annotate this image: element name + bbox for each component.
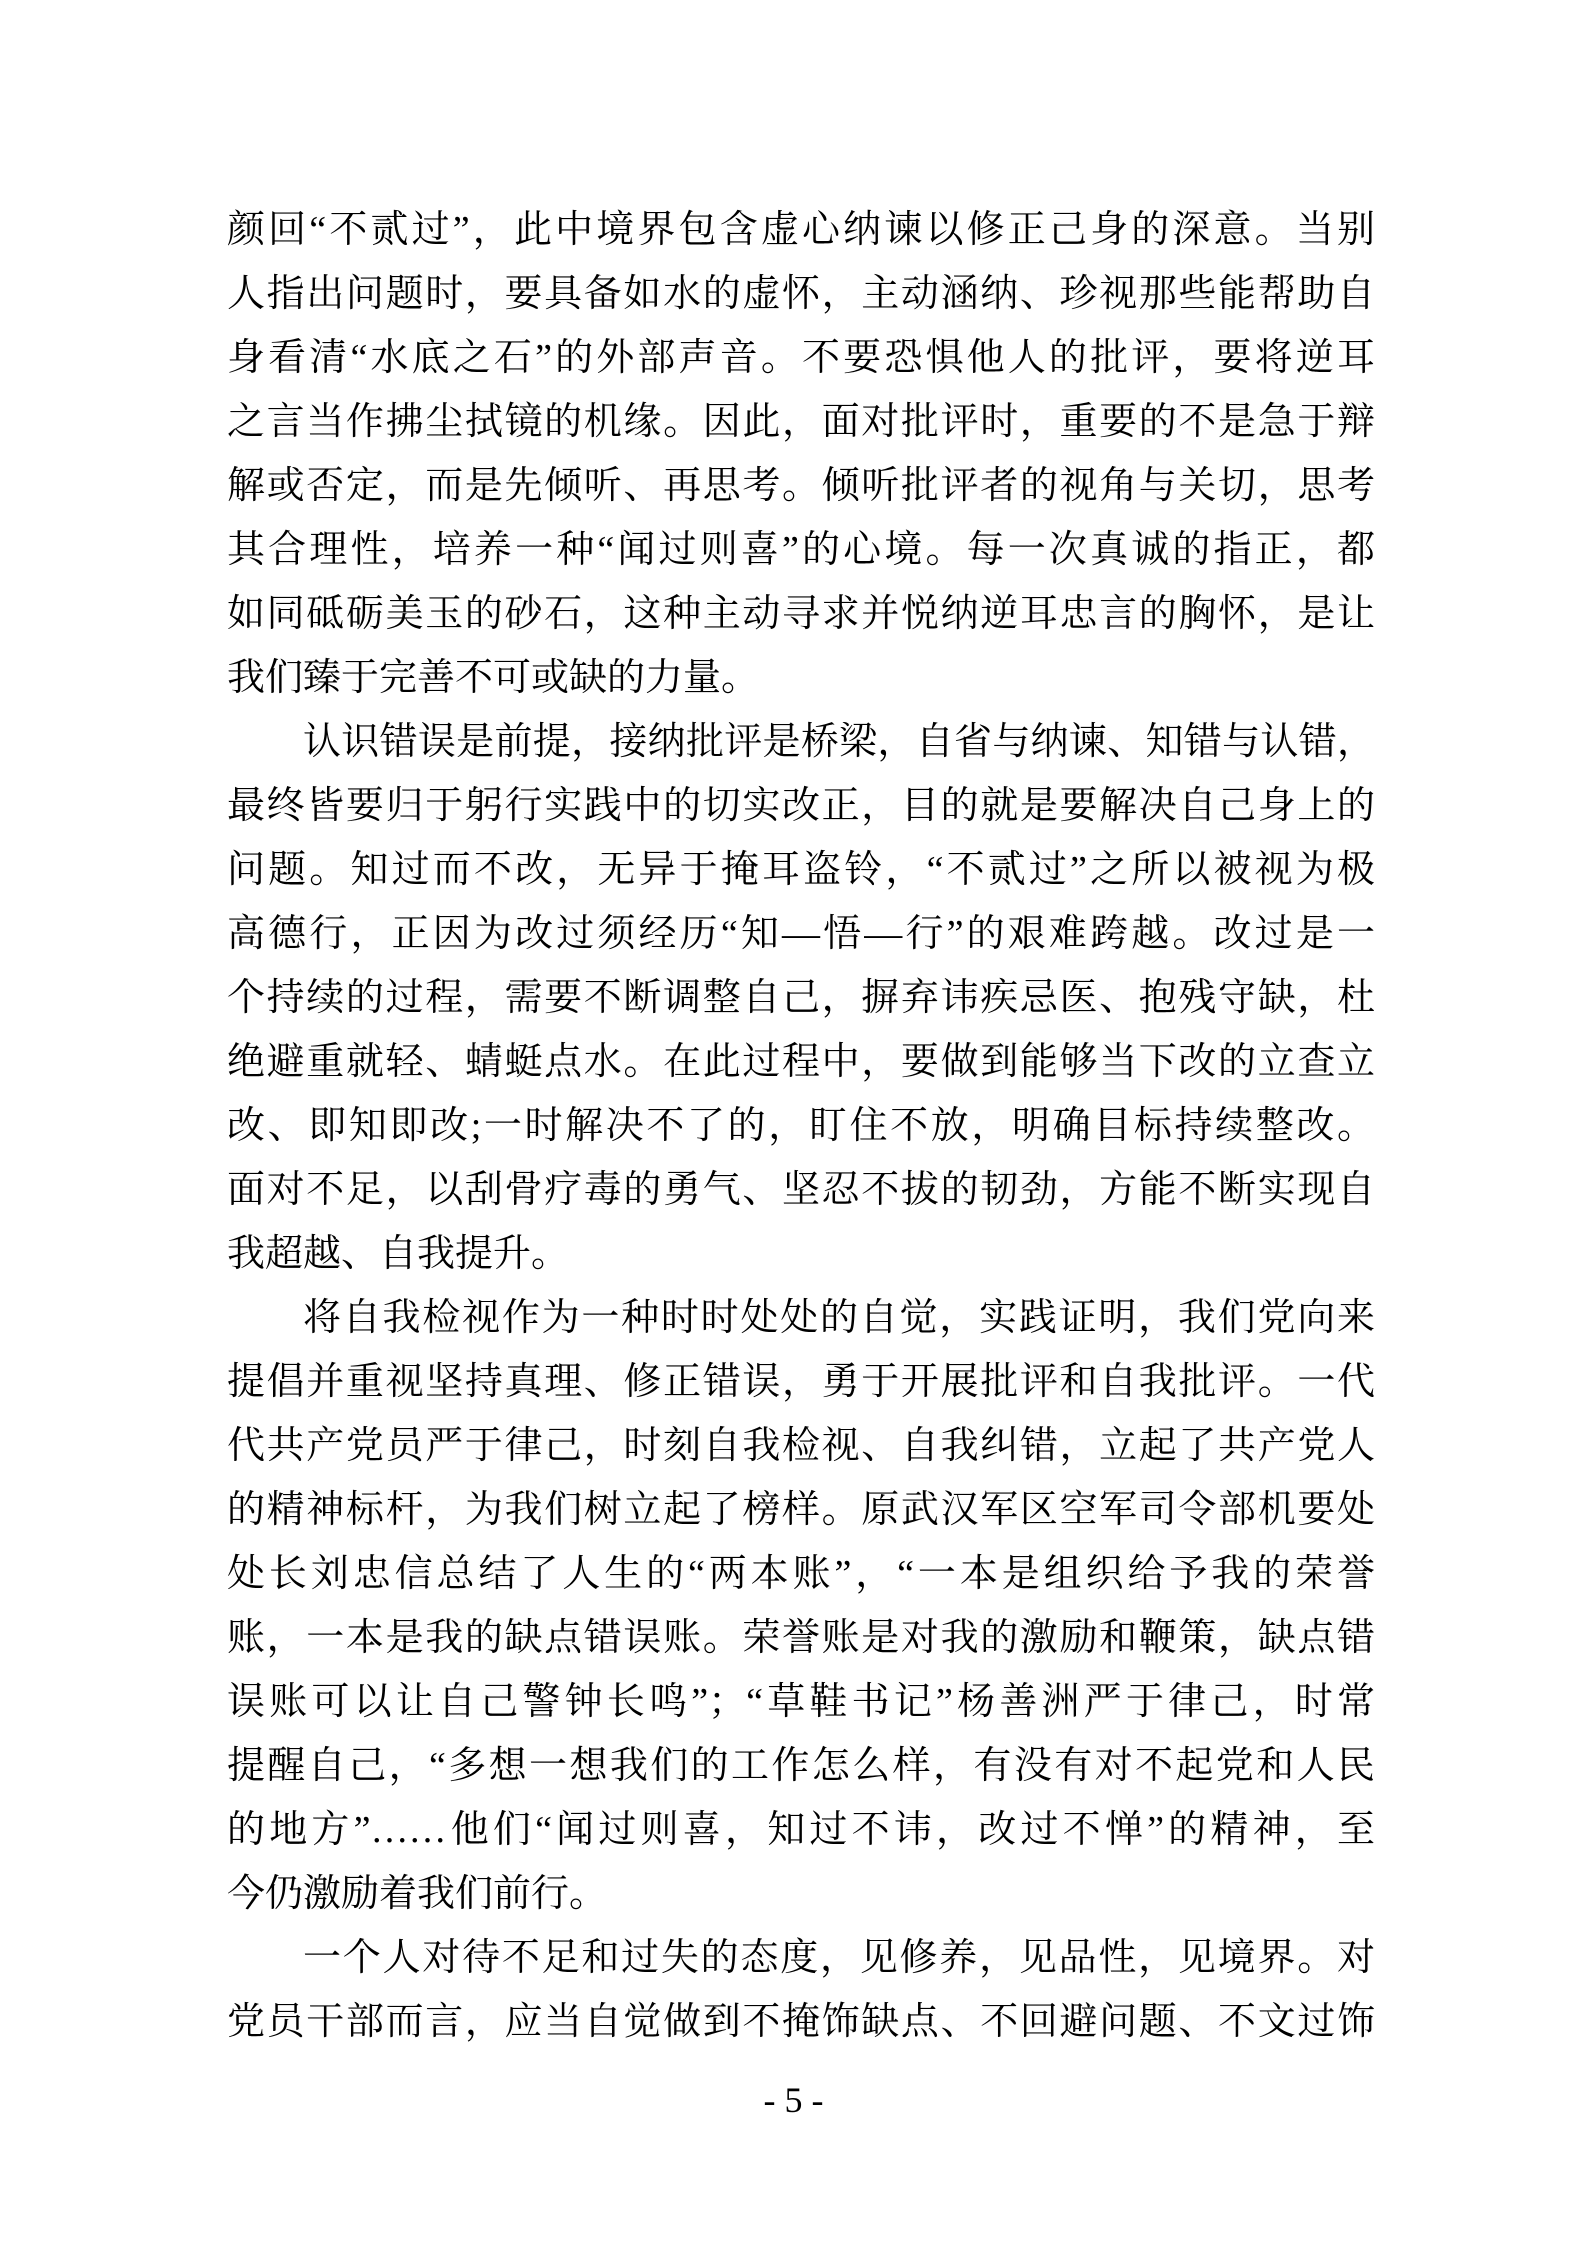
- text-line: 身看清“水底之石”的外部声音。不要恐惧他人的批评，要将逆耳: [227, 326, 1375, 390]
- text-line: 高德行，正因为改过须经历“知—悟—行”的艰难跨越。改过是一: [227, 902, 1375, 966]
- text-line: 一个人对待不足和过失的态度，见修养，见品性，见境界。对: [227, 1926, 1375, 1990]
- text-line: 代共产党员严于律己，时刻自我检视、自我纠错，立起了共产党人: [227, 1414, 1375, 1478]
- text-line: 颜回“不贰过”，此中境界包含虚心纳谏以修正己身的深意。当别: [227, 198, 1375, 262]
- text-line: 人指出问题时，要具备如水的虚怀，主动涵纳、珍视那些能帮助自: [227, 262, 1375, 326]
- page-footer: - 5 -: [0, 2078, 1587, 2122]
- text-line: 提醒自己，“多想一想我们的工作怎么样，有没有对不起党和人民: [227, 1734, 1375, 1798]
- text-line: 的精神标杆，为我们树立起了榜样。原武汉军区空军司令部机要处: [227, 1478, 1375, 1542]
- text-line: 误账可以让自己警钟长鸣”；“草鞋书记”杨善洲严于律己，时常: [227, 1670, 1375, 1734]
- text-line: 我们臻于完善不可或缺的力量。: [227, 646, 1375, 710]
- text-line: 认识错误是前提，接纳批评是桥梁，自省与纳谏、知错与认错，: [227, 710, 1375, 774]
- text-line: 如同砥砺美玉的砂石，这种主动寻求并悦纳逆耳忠言的胸怀，是让: [227, 582, 1375, 646]
- text-line: 提倡并重视坚持真理、修正错误，勇于开展批评和自我批评。一代: [227, 1350, 1375, 1414]
- text-line: 绝避重就轻、蜻蜓点水。在此过程中，要做到能够当下改的立查立: [227, 1030, 1375, 1094]
- text-line: 个持续的过程，需要不断调整自己，摒弃讳疾忌医、抱残守缺，杜: [227, 966, 1375, 1030]
- text-line: 之言当作拂尘拭镜的机缘。因此，面对批评时，重要的不是急于辩: [227, 390, 1375, 454]
- text-line: 党员干部而言，应当自觉做到不掩饰缺点、不回避问题、不文过饰: [227, 1990, 1375, 2054]
- text-line: 将自我检视作为一种时时处处的自觉，实践证明，我们党向来: [227, 1286, 1375, 1350]
- text-line: 面对不足，以刮骨疗毒的勇气、坚忍不拔的韧劲，方能不断实现自: [227, 1158, 1375, 1222]
- text-line: 解或否定，而是先倾听、再思考。倾听批评者的视角与关切，思考: [227, 454, 1375, 518]
- page-number: - 5 -: [764, 2080, 824, 2120]
- text-line: 我超越、自我提升。: [227, 1222, 1375, 1286]
- text-line: 的地方”……他们“闻过则喜，知过不讳，改过不惮”的精神，至: [227, 1798, 1375, 1862]
- text-line: 其合理性，培养一种“闻过则喜”的心境。每一次真诚的指正，都: [227, 518, 1375, 582]
- text-line: 账，一本是我的缺点错误账。荣誉账是对我的激励和鞭策，缺点错: [227, 1606, 1375, 1670]
- text-line: 问题。知过而不改，无异于掩耳盗铃，“不贰过”之所以被视为极: [227, 838, 1375, 902]
- document-body: 颜回“不贰过”，此中境界包含虚心纳谏以修正己身的深意。当别人指出问题时，要具备如…: [227, 198, 1375, 2054]
- text-line: 处长刘忠信总结了人生的“两本账”，“一本是组织给予我的荣誉: [227, 1542, 1375, 1606]
- document-page: 颜回“不贰过”，此中境界包含虚心纳谏以修正己身的深意。当别人指出问题时，要具备如…: [0, 0, 1587, 2245]
- text-line: 今仍激励着我们前行。: [227, 1862, 1375, 1926]
- text-line: 最终皆要归于躬行实践中的切实改正，目的就是要解决自己身上的: [227, 774, 1375, 838]
- text-line: 改、即知即改;一时解决不了的，盯住不放，明确目标持续整改。: [227, 1094, 1375, 1158]
